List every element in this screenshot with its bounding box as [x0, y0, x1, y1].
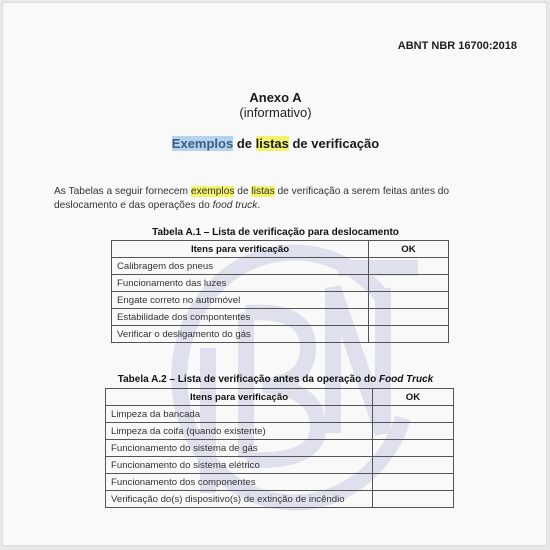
column-header-items: Itens para verificação — [106, 389, 373, 406]
ok-checkbox-cell[interactable] — [373, 474, 454, 491]
ok-checkbox-cell[interactable] — [373, 491, 454, 508]
highlighted-word[interactable]: listas — [251, 186, 274, 197]
item-cell: Verificar o desligamento do gás — [112, 326, 369, 343]
ok-checkbox-cell[interactable] — [373, 423, 454, 440]
ok-checkbox-cell[interactable] — [369, 292, 449, 309]
section-title-text: de verificação — [289, 136, 379, 151]
ok-checkbox-cell[interactable] — [369, 275, 449, 292]
table-row: Funcionamento do sistema de gás — [106, 440, 454, 457]
table-a2: Itens para verificação OK Limpeza da ban… — [105, 388, 454, 508]
ok-checkbox-cell[interactable] — [369, 309, 449, 326]
table-row: Verificação do(s) dispositivo(s) de exti… — [106, 491, 454, 508]
intro-italic: food truck — [213, 200, 258, 211]
intro-paragraph: As Tabelas a seguir fornecem exemplos de… — [54, 185, 504, 213]
table-row: Limpeza da coifa (quando existente) — [106, 423, 454, 440]
ok-checkbox-cell[interactable] — [373, 457, 454, 474]
intro-text: As Tabelas a seguir fornecem — [54, 186, 191, 197]
section-title: Exemplos de listas de verificação — [3, 136, 547, 151]
item-cell: Funcionamento dos componentes — [106, 474, 373, 491]
column-header-ok: OK — [369, 241, 449, 258]
caption-text: Tabela A.2 – Lista de verificação antes … — [118, 374, 379, 385]
intro-text: . — [257, 200, 260, 211]
item-cell: Funcionamento do sistema de gás — [106, 440, 373, 457]
table-row: Verificar o desligamento do gás — [112, 326, 449, 343]
caption-italic: Food Truck — [379, 374, 433, 385]
table-row: Funcionamento das luzes — [112, 275, 449, 292]
item-cell: Estabilidade dos compontentes — [112, 309, 369, 326]
table-a1: Itens para verificação OK Calibragem dos… — [111, 240, 449, 343]
item-cell: Limpeza da coifa (quando existente) — [106, 423, 373, 440]
item-cell: Funcionamento do sistema elétrico — [106, 457, 373, 474]
table-header-row: Itens para verificação OK — [112, 241, 449, 258]
item-cell: Engate correto no automóvel — [112, 292, 369, 309]
table-a2-caption: Tabela A.2 – Lista de verificação antes … — [3, 374, 547, 385]
item-cell: Verificação do(s) dispositivo(s) de exti… — [106, 491, 373, 508]
table-a1-caption: Tabela A.1 – Lista de verificação para d… — [3, 227, 547, 238]
highlighted-word[interactable]: listas — [256, 136, 289, 151]
table-row: Funcionamento do sistema elétrico — [106, 457, 454, 474]
table-header-row: Itens para verificação OK — [106, 389, 454, 406]
intro-text: de — [234, 186, 251, 197]
item-cell: Limpeza da bancada — [106, 406, 373, 423]
highlighted-word-selected[interactable]: Exemplos — [172, 136, 233, 151]
item-cell: Funcionamento das luzes — [112, 275, 369, 292]
column-header-items: Itens para verificação — [112, 241, 369, 258]
standard-code: ABNT NBR 16700:2018 — [398, 40, 517, 52]
table-row: Calibragem dos pneus — [112, 258, 449, 275]
column-header-ok: OK — [373, 389, 454, 406]
annex-title: Anexo A — [3, 90, 547, 105]
annex-type: (informativo) — [3, 105, 547, 120]
item-cell: Calibragem dos pneus — [112, 258, 369, 275]
table-row: Limpeza da bancada — [106, 406, 454, 423]
document-page: ABNT NBR 16700:2018 Anexo A (informativo… — [2, 2, 547, 546]
section-title-text: de — [233, 136, 255, 151]
table-row: Funcionamento dos componentes — [106, 474, 454, 491]
ok-checkbox-cell[interactable] — [373, 406, 454, 423]
ok-checkbox-cell[interactable] — [369, 258, 449, 275]
ok-checkbox-cell[interactable] — [373, 440, 454, 457]
ok-checkbox-cell[interactable] — [369, 326, 449, 343]
table-row: Engate correto no automóvel — [112, 292, 449, 309]
highlighted-word[interactable]: exemplos — [191, 186, 235, 197]
table-row: Estabilidade dos compontentes — [112, 309, 449, 326]
